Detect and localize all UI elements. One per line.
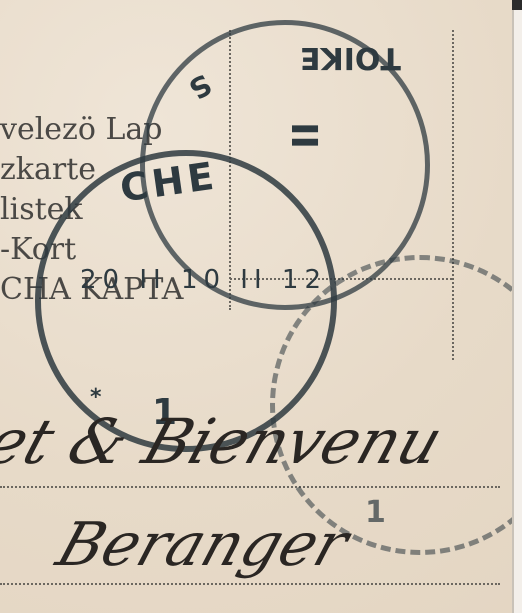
postmark-text: 1 xyxy=(365,495,386,530)
postmark-text: II xyxy=(283,122,324,149)
handwritten-line-2: Beranger xyxy=(49,510,357,580)
header-line-hungarian: velezö Lap xyxy=(0,110,162,150)
header-line-german: zkarte xyxy=(0,150,96,190)
scan-corner xyxy=(512,0,522,10)
postmark-text: TOIKE xyxy=(300,40,401,75)
postcard: velezö Lap zkarte listek -Kort CHA KAPTA… xyxy=(0,0,512,613)
address-dotted-line xyxy=(0,583,500,585)
handwritten-line-1: et & Bienvenu xyxy=(0,405,452,478)
postmark-date: 20 II 10 II 12 xyxy=(80,265,327,295)
scan-edge xyxy=(512,0,522,613)
